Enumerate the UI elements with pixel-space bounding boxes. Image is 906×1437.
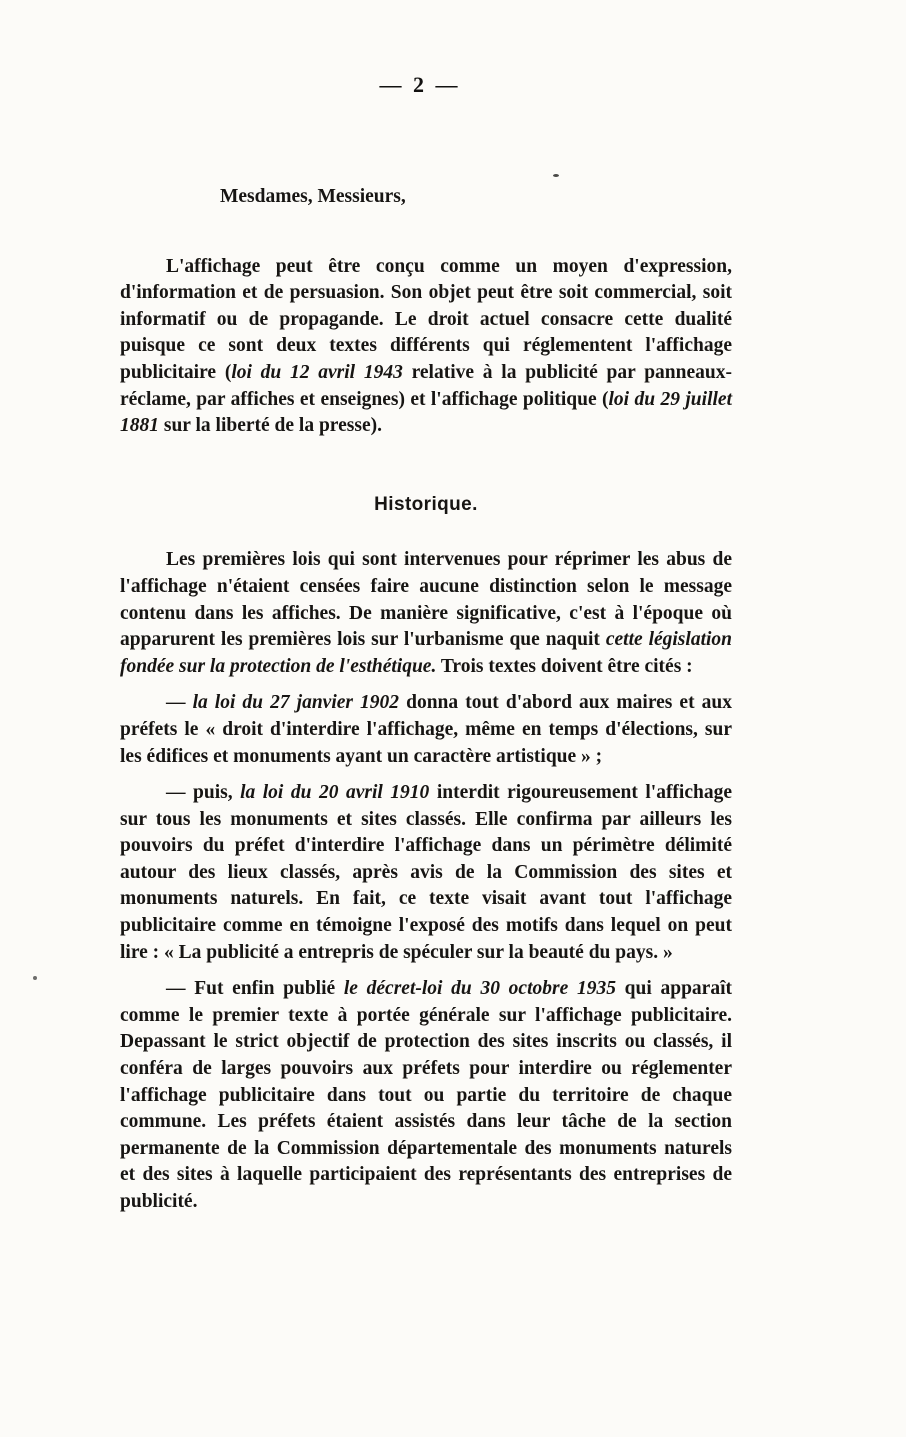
text-segment: Mesdames, Messieurs, <box>220 186 406 207</box>
scan-speck <box>33 976 37 980</box>
body-paragraph: — puis, la loi du 20 avril 1910 interdit… <box>120 780 732 966</box>
salutation-line: Mesdames, Messieurs, <box>220 184 732 211</box>
text-segment: — Fut enfin publié <box>166 978 344 999</box>
text-segment: qui apparaît comme le premier texte à po… <box>120 978 732 1212</box>
body-paragraph: — Fut enfin publié le décret-loi du 30 o… <box>120 976 732 1215</box>
law-reference-italic: le décret-loi du 30 octobre 1935 <box>344 978 616 999</box>
law-reference-italic: la loi du 27 janvier 1902 <box>193 692 399 713</box>
law-reference-italic: la loi du 20 avril 1910 <box>240 782 429 803</box>
text-segment: — puis, <box>166 782 240 803</box>
text-segment: sur la liberté de la presse). <box>159 415 382 436</box>
scan-speck <box>553 174 559 177</box>
text-segment: interdit rigoureusement l'affichage sur … <box>120 782 732 963</box>
text-segment: — <box>166 692 193 713</box>
scanned-document-page: — 2 — Mesdames, Messieurs,L'affichage pe… <box>0 0 906 1437</box>
text-segment: Historique. <box>374 494 478 515</box>
body-paragraph: L'affichage peut être conçu comme un moy… <box>120 254 732 440</box>
law-reference-italic: loi du 12 avril 1943 <box>231 362 403 383</box>
body-paragraph: Les premières lois qui sont intervenues … <box>120 547 732 680</box>
section-heading: Historique. <box>120 492 732 519</box>
page-number: — 2 — <box>0 72 840 98</box>
body-paragraph: — la loi du 27 janvier 1902 donna tout d… <box>120 690 732 770</box>
document-body: Mesdames, Messieurs,L'affichage peut êtr… <box>120 184 732 1226</box>
text-segment: Trois textes doivent être cités : <box>436 656 692 677</box>
